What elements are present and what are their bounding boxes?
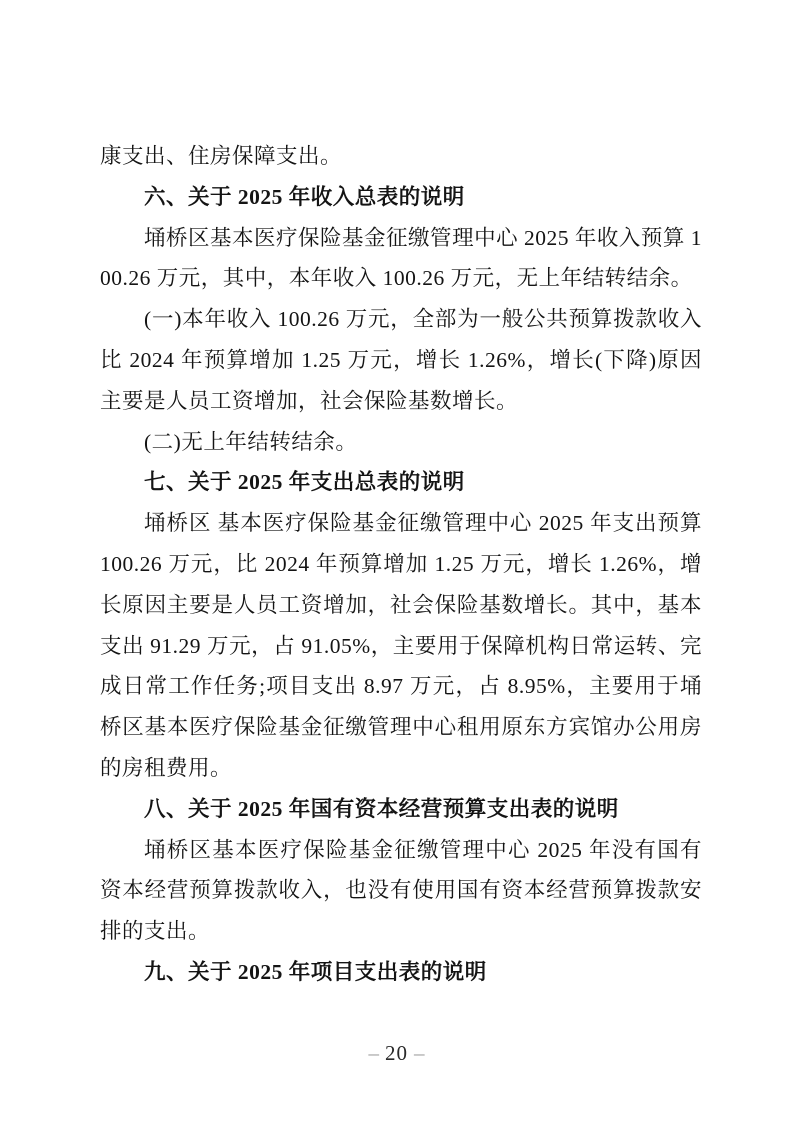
page-number-value: 20 (385, 1041, 408, 1065)
paragraph: 埇桥区基本医疗保险基金征缴管理中心 2025 年收入预算 100.26 万元，其… (100, 218, 702, 300)
paragraph: 康支出、住房保障支出。 (100, 136, 702, 177)
section-heading: 六、关于 2025 年收入总表的说明 (100, 177, 702, 218)
section-heading: 九、关于 2025 年项目支出表的说明 (100, 952, 702, 993)
page-number: –20– (0, 1036, 793, 1070)
paragraph: 埇桥区 基本医疗保险基金征缴管理中心 2025 年支出预算 100.26 万元，… (100, 503, 702, 789)
document-page: 康支出、住房保障支出。六、关于 2025 年收入总表的说明埇桥区基本医疗保险基金… (0, 0, 793, 1122)
page-number-left-dash: – (363, 1041, 386, 1065)
section-heading: 八、关于 2025 年国有资本经营预算支出表的说明 (100, 789, 702, 830)
paragraph: 埇桥区基本医疗保险基金征缴管理中心 2025 年没有国有资本经营预算拨款收入，也… (100, 830, 702, 952)
paragraph: (一)本年收入 100.26 万元，全部为一般公共预算拨款收入比 2024 年预… (100, 299, 702, 421)
document-body: 康支出、住房保障支出。六、关于 2025 年收入总表的说明埇桥区基本医疗保险基金… (100, 136, 702, 993)
page-number-right-dash: – (408, 1041, 431, 1065)
section-heading: 七、关于 2025 年支出总表的说明 (100, 462, 702, 503)
paragraph: (二)无上年结转结余。 (100, 422, 702, 463)
